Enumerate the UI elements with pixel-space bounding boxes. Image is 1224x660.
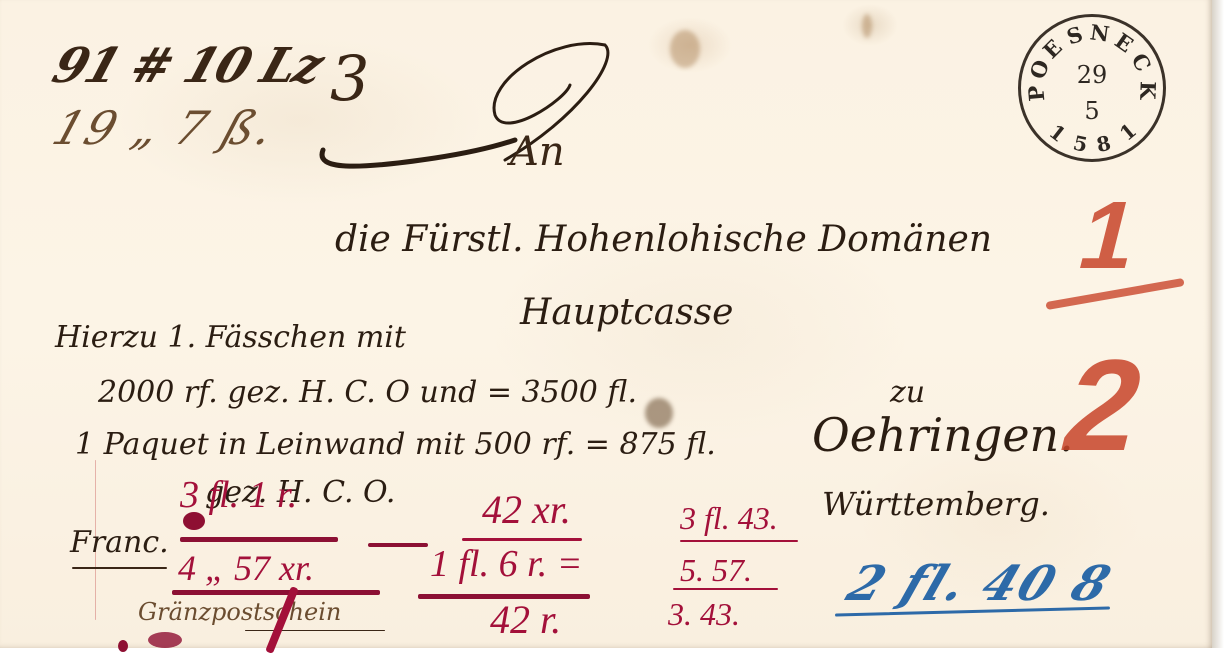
calc-col2-row1: 42 xr. (482, 490, 571, 530)
boundary-note-underline (245, 630, 385, 631)
declaration-line2: 2000 rf. gez. H. C. O und = 3500 fl. (98, 378, 637, 408)
address-to-label: An (510, 132, 565, 172)
postmark-year-digit: 8 (1092, 130, 1115, 157)
postmark-year: 1 8 5 1 (1021, 17, 1163, 159)
calc-col1-rule1 (180, 537, 338, 542)
blue-crayon-note: 2 fl. 40 8 (841, 560, 1118, 608)
calc-col3-row1: 3 fl. 43. (680, 502, 778, 534)
calc-col2-rule1 (462, 538, 582, 541)
calc-dash (368, 543, 428, 547)
postmark-year-digit: 5 (1069, 130, 1092, 157)
flourish-stroke (315, 40, 635, 190)
calc-col3-rule2 (673, 588, 778, 590)
franco-label: Franc. (70, 528, 169, 558)
franco-underline (72, 567, 167, 569)
stain (645, 398, 673, 428)
postmark-year-digit: 1 (1043, 118, 1072, 148)
postmark-year-digit: 1 (1113, 117, 1142, 147)
address-prefix: zu (890, 378, 925, 408)
top-left-note-line1: 91 # 10 Lz (47, 42, 328, 90)
background-margin (0, 648, 1224, 660)
address-town: Oehringen. (812, 412, 1074, 458)
calc-col1-rule2 (172, 590, 380, 595)
stain (670, 30, 700, 68)
calc-col1-row2: 4 „ 57 xr. (178, 550, 314, 586)
stain (862, 14, 872, 38)
calc-col3-rule1 (680, 540, 798, 542)
postmark-circle: P O E S N E C K 29 5 1 8 5 1 (1018, 14, 1166, 162)
envelope-edge (1212, 0, 1224, 660)
address-line1: die Fürstl. Hohenlohische Domänen (335, 222, 992, 258)
calc-col3-row2: 5. 57. (680, 554, 752, 586)
address-line2: Hauptcasse (520, 295, 733, 331)
top-left-note-line2: 19 „ 7 ß. (48, 105, 282, 151)
address-state: Württemberg. (822, 488, 1050, 520)
ink-blot (183, 512, 205, 530)
calc-col1-row1: 3 fl. 1 r. (180, 476, 297, 514)
calc-col3-row3: 3. 43. (668, 598, 740, 630)
calc-col2-row3: 42 r. (490, 600, 561, 640)
ink-blot (148, 632, 182, 648)
declaration-line1: Hierzu 1. Fässchen mit (55, 323, 406, 353)
calc-col2-row2: 1 fl. 6 r. = (430, 545, 582, 583)
declaration-line3: 1 Paquet in Leinwand mit 500 rf. = 875 f… (75, 430, 716, 460)
boundary-note: Gränzpostschein (138, 600, 341, 624)
ink-blot (118, 640, 128, 652)
